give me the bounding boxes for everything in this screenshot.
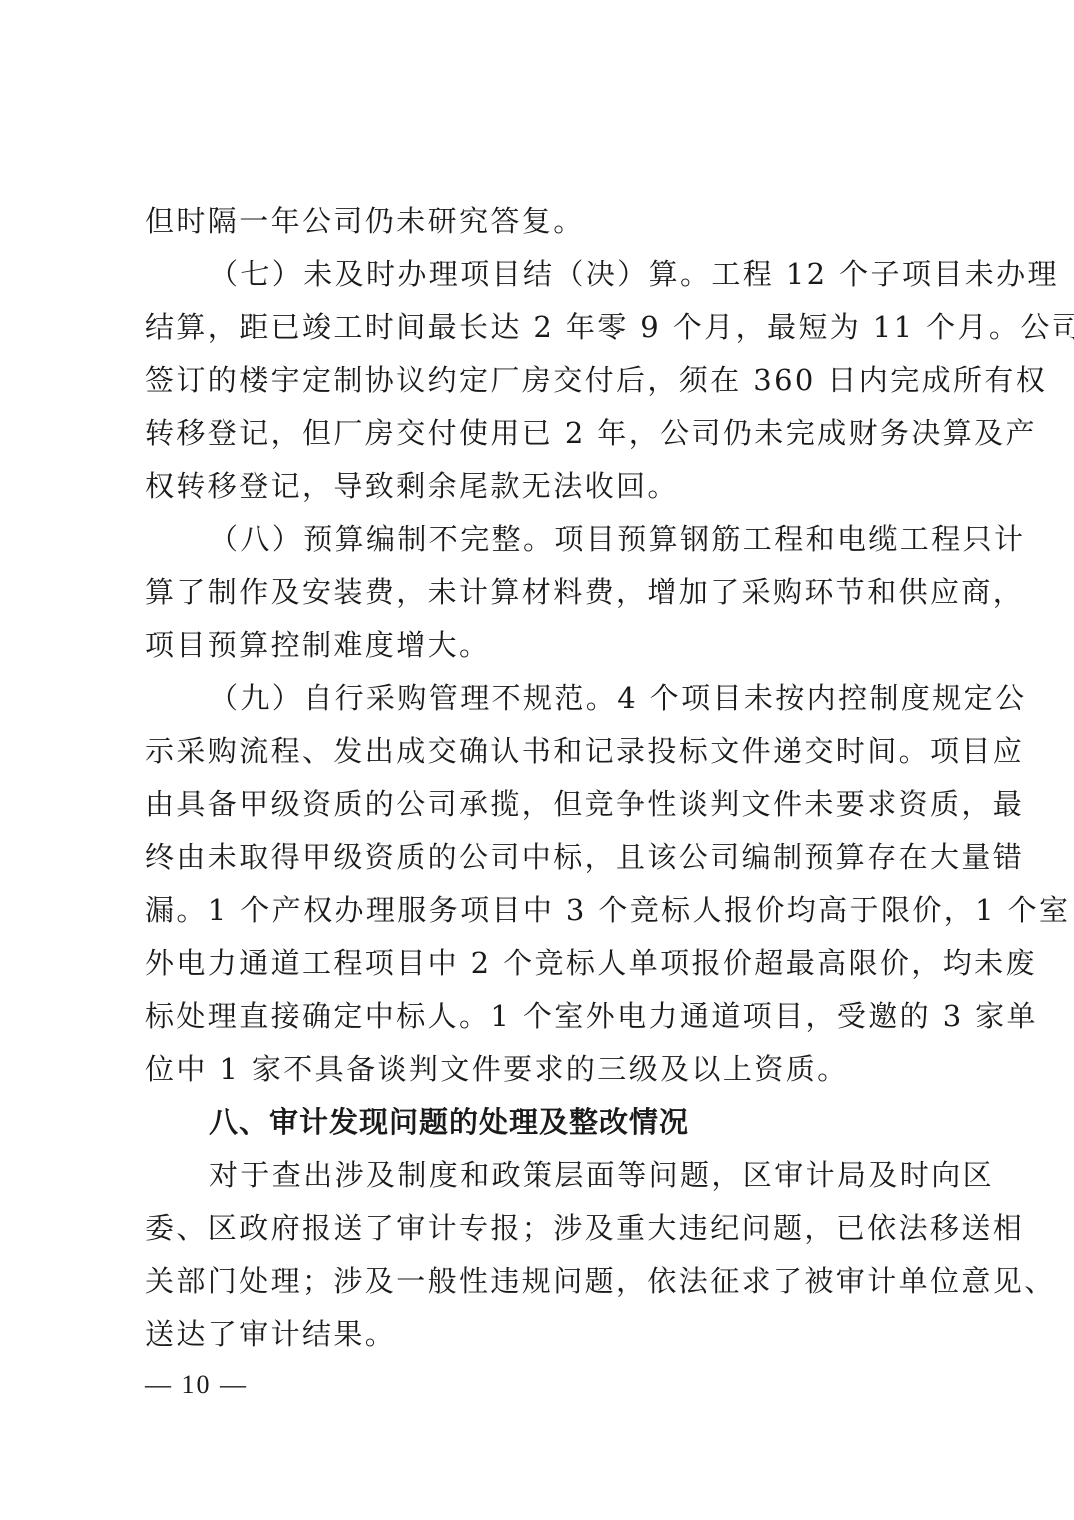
paragraph-line: 结算，距已竣工时间最长达 2 年零 9 个月，最短为 11 个月。公司 [145,301,945,354]
paragraph-line: 委、区政府报送了审计专报；涉及重大违纪问题，已依法移送相 [145,1202,945,1255]
page-number: — 10 — [145,1370,248,1400]
paragraph-line: 对于查出涉及制度和政策层面等问题，区审计局及时向区 [145,1149,945,1202]
paragraph-line: 位中 1 家不具备谈判文件要求的三级及以上资质。 [145,1043,945,1096]
paragraph-line: 转移登记，但厂房交付使用已 2 年，公司仍未完成财务决算及产 [145,407,945,460]
paragraph-line: 但时隔一年公司仍未研究答复。 [145,195,945,248]
paragraph-line: （七）未及时办理项目结（决）算。工程 12 个子项目未办理 [145,248,945,301]
paragraph-line: 外电力通道工程项目中 2 个竞标人单项报价超最高限价，均未废 [145,937,945,990]
paragraph-line: 权转移登记，导致剩余尾款无法收回。 [145,460,945,513]
item-heading-8: （八）预算编制不完整。 [209,522,554,556]
section-heading: 八、审计发现问题的处理及整改情况 [145,1096,945,1149]
paragraph-text: 4 个项目未按内控制度规定公 [617,681,1026,715]
paragraph-line: （八）预算编制不完整。项目预算钢筋工程和电缆工程只计 [145,513,945,566]
document-page: 但时隔一年公司仍未研究答复。 （七）未及时办理项目结（决）算。工程 12 个子项… [145,195,945,1361]
item-heading-7: （七）未及时办理项目结（决）算。 [209,257,711,291]
paragraph-line: （九）自行采购管理不规范。4 个项目未按内控制度规定公 [145,672,945,725]
paragraph-line: 终由未取得甲级资质的公司中标，且该公司编制预算存在大量错 [145,831,945,884]
paragraph-line: 关部门处理；涉及一般性违规问题，依法征求了被审计单位意见、 [145,1255,945,1308]
paragraph-line: 漏。1 个产权办理服务项目中 3 个竞标人报价均高于限价，1 个室 [145,884,945,937]
paragraph-line: 签订的楼宇定制协议约定厂房交付后，须在 360 日内完成所有权 [145,354,945,407]
paragraph-line: 示采购流程、发出成交确认书和记录投标文件递交时间。项目应 [145,725,945,778]
paragraph-text: 工程 12 个子项目未办理 [711,257,1059,291]
paragraph-line: 算了制作及安装费，未计算材料费，增加了采购环节和供应商， [145,566,945,619]
paragraph-text: 项目预算钢筋工程和电缆工程只计 [554,522,1025,556]
paragraph-line: 由具备甲级资质的公司承揽，但竞争性谈判文件未要求资质，最 [145,778,945,831]
item-heading-9: （九）自行采购管理不规范。 [209,681,617,715]
paragraph-line: 送达了审计结果。 [145,1308,945,1361]
paragraph-line: 标处理直接确定中标人。1 个室外电力通道项目，受邀的 3 家单 [145,990,945,1043]
paragraph-line: 项目预算控制难度增大。 [145,619,945,672]
